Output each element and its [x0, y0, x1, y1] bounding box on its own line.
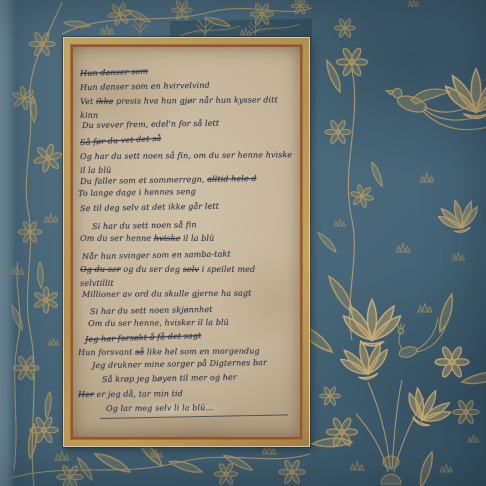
lotus-bouquet-motif: [294, 276, 486, 486]
deckle-edge: [0, 0, 16, 486]
manuscript-paper: [71, 45, 302, 439]
manuscript-frame: [63, 37, 310, 447]
album-page-photo: Hun danser somHun danser som en hvirvelv…: [0, 0, 486, 486]
